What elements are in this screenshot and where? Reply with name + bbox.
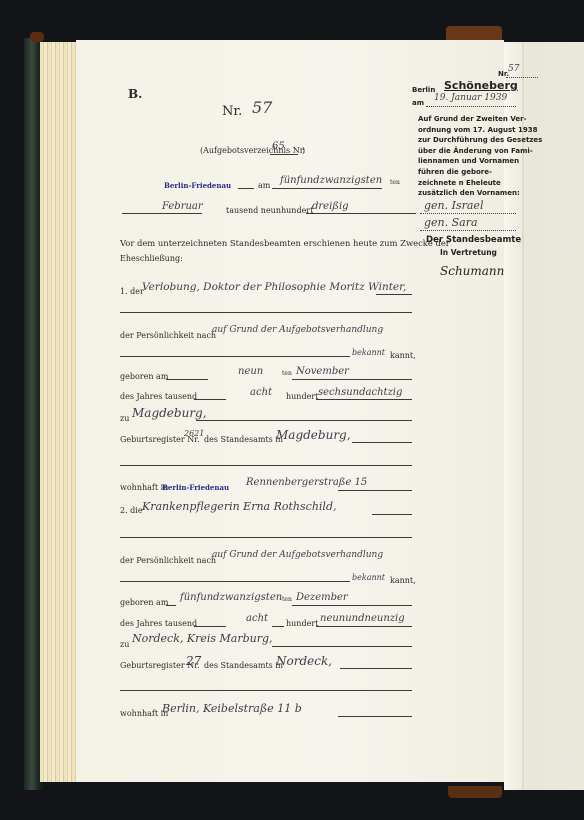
party2-year-label: des Jahres tausend [120, 619, 197, 628]
party2-born-month: Dezember [296, 592, 348, 603]
party2-name: Krankenpflegerin Erna Rothschild, [142, 500, 336, 513]
year-written: dreißig [312, 201, 349, 212]
margin-text: Auf Grund der Zweiten Ver- ordnung vom 1… [418, 114, 542, 199]
party2-office-label: des Standesamts in [204, 661, 283, 670]
month-written: Februar [162, 201, 203, 212]
party1-birthplace: Magdeburg, [132, 406, 207, 420]
place-stamp: Berlin-Friedenau [164, 181, 231, 190]
margin-district-stamp: Schöneberg [444, 79, 518, 92]
party2-identity-value: auf Grund der Aufgebotsverhandlung [212, 550, 383, 560]
party1-zu-label: zu [120, 414, 129, 423]
margin-added-name-2: gen. Sara [424, 216, 478, 229]
party2-residence-value: Berlin, Keibelstraße 11 b [162, 702, 302, 715]
party2-number: 2. die [120, 506, 143, 515]
party1-residence-street: Rennenbergerstraße 15 [246, 477, 367, 488]
party2-kannt: kannt, [390, 576, 416, 585]
party1-register-nr: 2621 [184, 429, 204, 438]
margin-am-label: am [412, 99, 424, 107]
margin-date: 19. Januar 1939 [434, 93, 507, 103]
party1-year-century: acht [250, 387, 272, 398]
margin-nr-value: 57 [508, 64, 519, 74]
party2-hundert: hundert [286, 619, 318, 628]
party2-born-day: fünfundzwanzigsten [180, 592, 282, 603]
aufgebot-close: ) [302, 146, 305, 155]
party1-born-day: neun [238, 366, 263, 377]
party2-born-ten: ten [282, 596, 292, 603]
party1-name: Verlobung, Doktor der Philosophie Moritz… [142, 281, 406, 293]
party1-known: bekannt [352, 348, 385, 357]
am-label: am [258, 181, 270, 190]
margin-added-name-1: gen. Israel [424, 199, 483, 212]
party2-known: bekannt [352, 573, 385, 582]
margin-city: Berlin [412, 86, 435, 94]
tausend-neunhundert: tausend neunhundert [226, 206, 313, 215]
party2-year-century: acht [246, 613, 268, 624]
party1-identity-value: auf Grund der Aufgebotsverhandlung [212, 325, 383, 335]
bookmark-ribbon-top [446, 26, 502, 40]
page-edges [40, 42, 78, 782]
party1-born-month: November [296, 366, 349, 377]
party1-identity-label: der Persönlichkeit nach [120, 331, 216, 340]
margin-signature: Schumann [440, 264, 504, 278]
section-letter: B. [128, 87, 142, 101]
bookmark-ribbon-bottom [448, 786, 502, 798]
party2-register-nr: 27 [186, 654, 201, 668]
den-label: ten [390, 179, 400, 186]
party1-office-label: des Standesamts in [204, 435, 283, 444]
party2-office-place: Nordeck, [276, 654, 332, 668]
party2-born-label: geboren am [120, 598, 168, 607]
party1-office-place: Magdeburg, [276, 428, 351, 442]
party1-year-rest: sechsundachtzig [318, 387, 402, 398]
aufgebot-number: 65 [272, 141, 285, 152]
party1-born-ten: ten [282, 370, 292, 377]
intro-text-2: Eheschließung: [120, 254, 183, 263]
party2-zu-label: zu [120, 640, 129, 649]
party2-year-rest: neunundneunzig [320, 613, 405, 624]
margin-signature-sub: In Vertretung [440, 248, 497, 257]
entry-number: 57 [252, 98, 272, 117]
party1-year-label: des Jahres tausend [120, 392, 197, 401]
nr-label: Nr. [222, 104, 242, 119]
party2-birthplace: Nordeck, Kreis Marburg, [132, 632, 273, 645]
day-written: fünfundzwanzigsten [280, 175, 382, 186]
party1-number: 1. der [120, 287, 144, 296]
book-corner [30, 32, 44, 42]
party2-identity-label: der Persönlichkeit nach [120, 556, 216, 565]
margin-signature-title: Der Standesbeamte [426, 235, 521, 245]
party1-born-label: geboren am [120, 372, 168, 381]
party1-kannt: kannt, [390, 351, 416, 360]
party1-hundert: hundert [286, 392, 318, 401]
party1-residence-stamp: Berlin-Friedenau [162, 483, 229, 492]
intro-text: Vor dem unterzeichneten Standesbeamten e… [120, 238, 450, 248]
